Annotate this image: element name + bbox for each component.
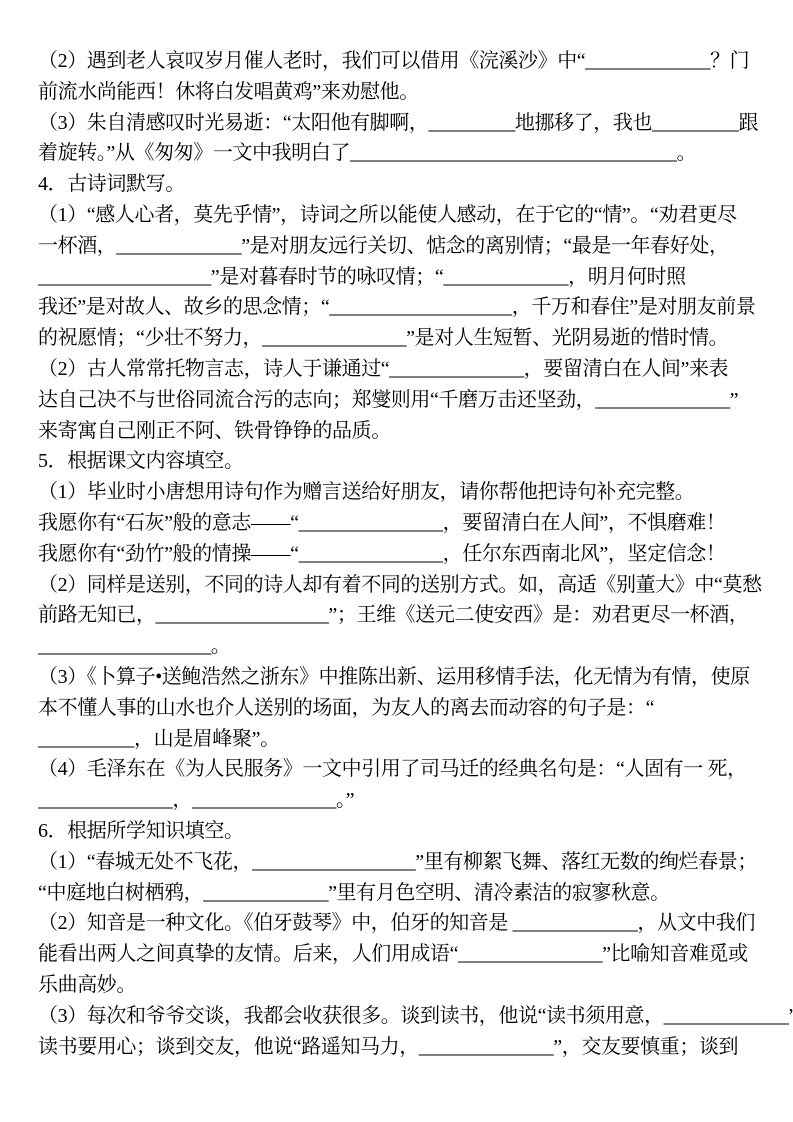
doc-line: 我愿你有“石灰”般的意志——“_______________，要留清白在人间”，… [38,508,769,539]
doc-line: 前路无知已，__________________”；王维《送元二使安西》是：劝君… [38,600,769,631]
worksheet-page: （2）遇到老人哀叹岁月催人老时，我们可以借用《浣溪沙》中“___________… [0,0,793,1122]
doc-line: （3）《卜算子•送鲍浩然之浙东》中推陈出新、运用移情手法，化无情为有情，使原 [38,662,769,693]
question-6-title: 6．根据所学知识填空。 [38,816,769,847]
doc-line: __________，山是眉峰聚”。 [38,724,769,755]
doc-line: 达自己决不与世俗同流合污的志向；郑燮则用“千磨万击还坚劲，___________… [38,385,769,416]
doc-line: 的祝愿情；“少壮不努力，_______________”是对人生短暂、光阴易逝的… [38,323,769,354]
doc-line: 本不懂人事的山水也介人送别的场面，为友人的离去而动容的句子是：“ [38,693,769,724]
doc-line: （4）毛泽东在《为人民服务》一文中引用了司马迁的经典名句是：“人固有一 死， [38,754,769,785]
question-5-title: 5．根据课文内容填空。 [38,446,769,477]
doc-line: （2）知音是一种文化。《伯牙鼓琴》中，伯牙的知音是 _____________，… [38,908,769,939]
doc-line: （1）“春城无处不飞花，_________________”里有柳絮飞舞、落红无… [38,847,769,878]
doc-line: （3）每次和爷爷交谈，我都会收获很多。谈到读书，他说“读书须用意，_______… [38,1001,769,1032]
doc-line: 乐曲高妙。 [38,970,769,1001]
doc-line: __________________”是对暮春时节的咏叹情；“_________… [38,262,769,293]
doc-line: （2）遇到老人哀叹岁月催人老时，我们可以借用《浣溪沙》中“___________… [38,46,769,77]
doc-line: 我愿你有“劲竹”般的情操——“_______________，任尔东西南北风”，… [38,539,769,570]
doc-line: 来寄寓自己刚正不阿、铁骨铮铮的品质。 [38,416,769,447]
question-4-title: 4．古诗词默写。 [38,169,769,200]
doc-line: （3）朱自清感叹时光易逝：“太阳他有脚啊，_________地挪移了，我也___… [38,108,769,139]
doc-line: 读书要用心；谈到交友，他说“路遥知马力，______________”，交友要慎… [38,1032,769,1063]
doc-line: “中庭地白树栖鸦，_____________”里有月色空明、清冷素洁的寂寥秋意。 [38,878,769,909]
doc-line: 着旋转。”从《匆匆》一文中我明白了_______________________… [38,138,769,169]
doc-line: （2）古人常常托物言志，诗人于谦通过“______________，要留清白在人… [38,354,769,385]
doc-line: 我还”是对故人、故乡的思念情；“___________________，千万和春… [38,292,769,323]
doc-line: 能看出两人之间真挚的友情。后来，人们用成语“_______________”比喻… [38,939,769,970]
doc-line: （1）毕业时小唐想用诗句作为赠言送给好朋友，请你帮他把诗句补充完整。 [38,477,769,508]
doc-line: （2）同样是送别，不同的诗人却有着不同的送别方式。如，高适《别董大》中“莫愁 [38,570,769,601]
doc-line: __________________。 [38,631,769,662]
doc-line: ______________，_______________。” [38,785,769,816]
doc-line: （1）“感人心者，莫先乎情”，诗词之所以能使人感动，在于它的“情”。“劝君更尽 [38,200,769,231]
doc-line: 一杯酒，_____________”是对朋友远行关切、惦念的离别情；“最是一年春… [38,231,769,262]
doc-line: 前流水尚能西！休将白发唱黄鸡”来劝慰他。 [38,77,769,108]
